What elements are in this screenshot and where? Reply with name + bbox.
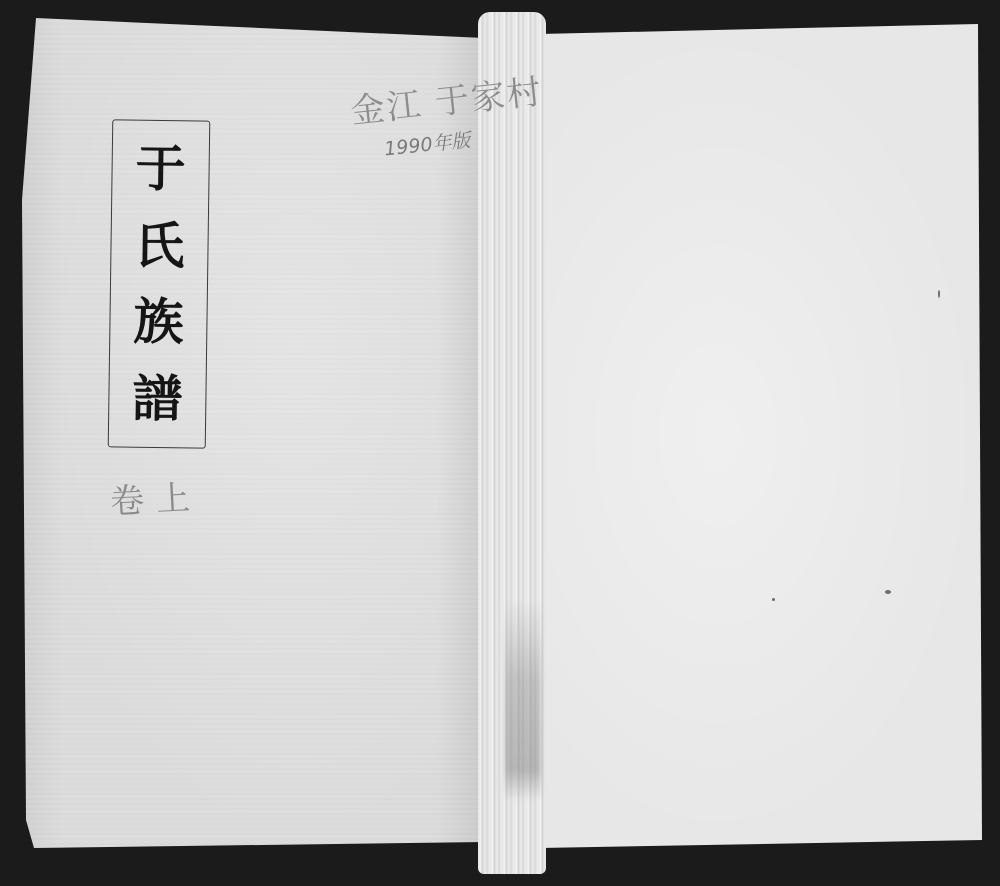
spine-stain (505, 600, 541, 800)
paper-speck (938, 290, 940, 298)
book-photo: 于 氏 族 譜 卷上 金江 于家村 1990年版 (0, 0, 1000, 886)
title-char: 氏 (134, 220, 185, 271)
title-label: 于 氏 族 譜 (108, 119, 211, 448)
title-char: 譜 (132, 373, 183, 424)
paper-speck (772, 598, 775, 601)
title-char: 于 (135, 144, 186, 195)
title-char: 族 (133, 297, 184, 348)
paper-speck (885, 590, 891, 594)
front-cover (14, 0, 484, 860)
volume-label: 卷上 (109, 470, 203, 524)
back-cover (540, 20, 985, 850)
